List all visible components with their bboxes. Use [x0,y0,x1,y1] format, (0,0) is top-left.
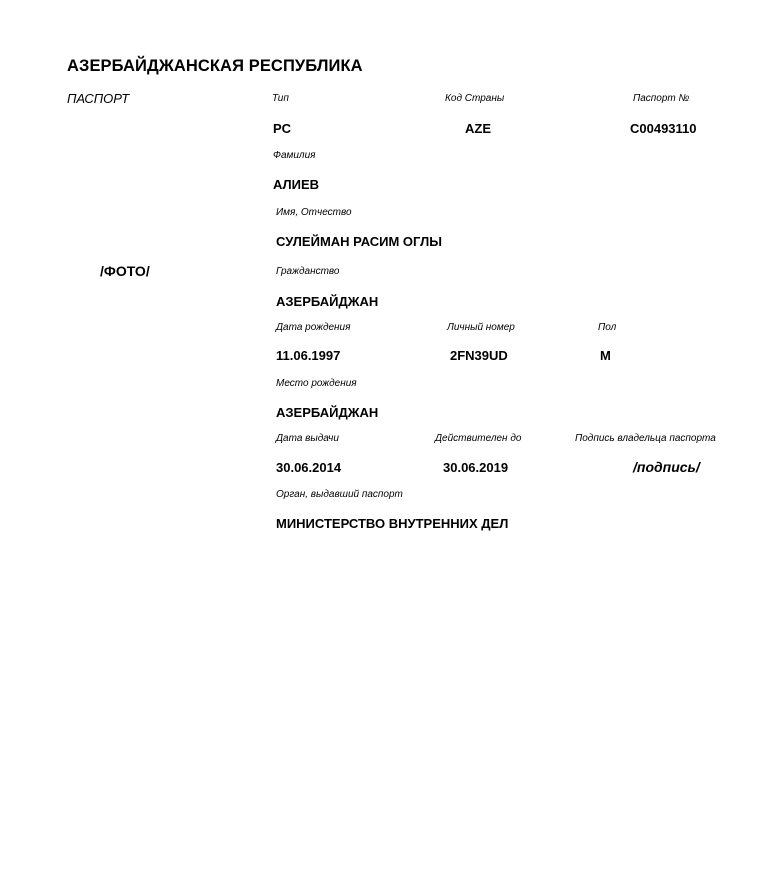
date-of-birth-label: Дата рождения [276,322,350,333]
passport-number-value: C00493110 [630,121,697,136]
type-label: Тип [272,93,289,104]
sex-value: M [600,348,611,363]
photo-placeholder: /ФОТО/ [100,263,150,279]
date-of-issue-value: 30.06.2014 [276,460,341,475]
date-of-birth-value: 11.06.1997 [276,348,340,363]
country-code-value: AZE [465,121,491,136]
sex-label: Пол [598,322,616,333]
surname-value: АЛИЕВ [273,177,319,192]
personal-number-value: 2FN39UD [450,348,508,363]
given-names-value: СУЛЕЙМАН РАСИМ ОГЛЫ [276,234,442,249]
valid-until-label: Действителен до [435,433,521,444]
type-value: PC [273,121,291,136]
issuing-authority-label: Орган, выдавший паспорт [276,489,403,500]
citizenship-value: АЗЕРБАЙДЖАН [276,294,378,309]
place-of-birth-label: Место рождения [276,378,357,389]
surname-label: Фамилия [273,150,315,161]
country-code-label: Код Страны [445,93,504,104]
document-type-label: ПАСПОРТ [67,91,129,106]
passport-number-label: Паспорт № [633,93,689,104]
holder-signature-value: /подпись/ [633,459,700,475]
citizenship-label: Гражданство [276,266,340,277]
place-of-birth-value: АЗЕРБАЙДЖАН [276,405,378,420]
holder-signature-label: Подпись владельца паспорта [575,433,716,444]
date-of-issue-label: Дата выдачи [276,433,339,444]
issuing-authority-value: МИНИСТЕРСТВО ВНУТРЕННИХ ДЕЛ [276,516,508,531]
country-title: АЗЕРБАЙДЖАНСКАЯ РЕСПУБЛИКА [67,57,363,76]
given-names-label: Имя, Отчество [276,207,352,218]
valid-until-value: 30.06.2019 [443,460,508,475]
personal-number-label: Личный номер [447,322,515,333]
